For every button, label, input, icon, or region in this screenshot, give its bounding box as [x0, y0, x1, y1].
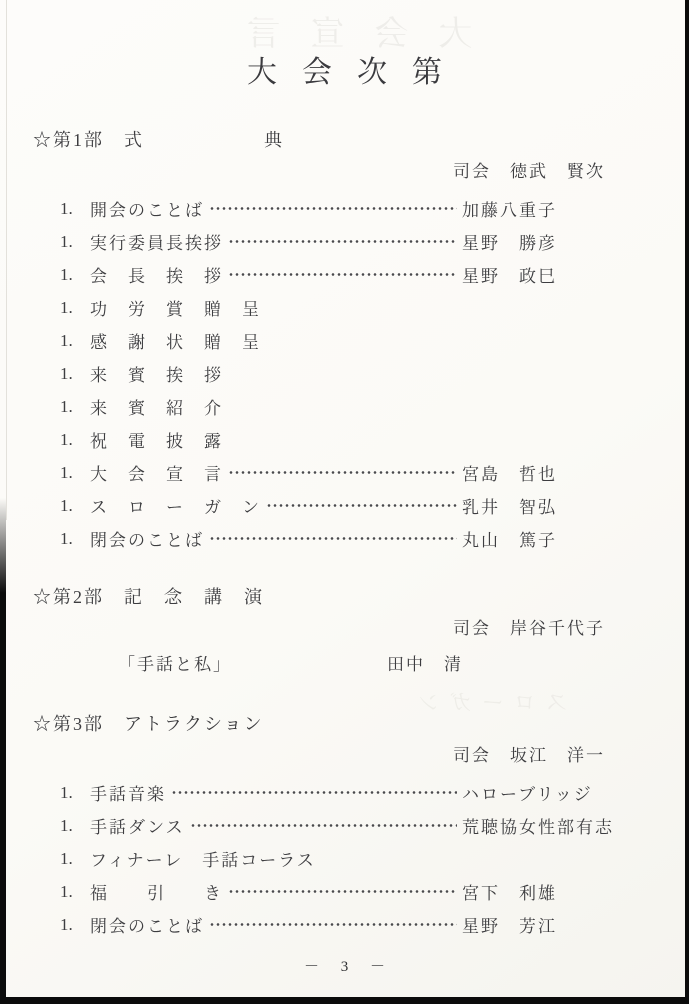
- item-number: 1.: [60, 298, 90, 318]
- item-list: 1.開会のことば加藤八重子1.実行委員長挨拶星野 勝彦1.会 長 挨 拶星野 政…: [0, 192, 689, 555]
- performer-name: 星野 勝彦: [462, 229, 628, 254]
- item-number: 1.: [60, 463, 90, 483]
- scanned-program-page: 大会宣言 スローガン 大会次第 ☆第1部 式 典司会 徳武 賢次1.開会のことば…: [0, 0, 689, 1004]
- performer-name: 荒聴協女性部有志: [462, 813, 628, 838]
- program-item-row: 1.来 賓 挨 拶: [0, 357, 689, 390]
- item-label: 祝 電 披 露: [90, 427, 223, 452]
- item-label: フィナーレ 手話コーラス: [90, 846, 316, 871]
- program-item-row: 1.手話音楽ハローブリッジ: [0, 776, 689, 809]
- program-item-row: 1.祝 電 披 露: [0, 423, 689, 456]
- program-item-row: 1.開会のことば加藤八重子: [0, 192, 689, 225]
- item-number: 1.: [60, 496, 90, 516]
- bleedthrough-text-top: 大会宣言: [0, 6, 689, 55]
- page-number: － 3 －: [0, 955, 689, 976]
- program-item-row: 1.大 会 宣 言宮島 哲也: [0, 456, 689, 489]
- dotted-leader: [171, 791, 457, 794]
- item-label: 感 謝 状 贈 呈: [90, 328, 261, 353]
- dotted-leader: [190, 824, 457, 827]
- program-item-row: 1.ス ロ ー ガ ン乳井 智弘: [0, 489, 689, 522]
- scan-edge-left: [0, 498, 6, 1004]
- program-item-row: 1.来 賓 紹 介: [0, 390, 689, 423]
- item-label: 大 会 宣 言: [90, 460, 223, 485]
- item-label: 来 賓 挨 拶: [90, 361, 223, 386]
- item-number: 1.: [60, 529, 90, 549]
- dotted-leader: [209, 923, 457, 926]
- item-label: 手話ダンス: [90, 813, 185, 838]
- lecture-line: 「手話と私」田中 清: [0, 652, 689, 678]
- item-number: 1.: [60, 915, 90, 935]
- item-label: 来 賓 紹 介: [90, 394, 223, 419]
- item-number: 1.: [60, 364, 90, 384]
- performer-name: 加藤八重子: [462, 196, 628, 221]
- lecture-speaker: 田中 清: [387, 655, 463, 674]
- item-number: 1.: [60, 849, 90, 869]
- performer-name: 丸山 篤子: [462, 526, 628, 551]
- dotted-leader: [266, 504, 457, 507]
- dotted-leader: [228, 890, 457, 893]
- dotted-leader: [228, 471, 457, 474]
- page-title: 大会次第: [0, 54, 689, 92]
- performer-name: 宮島 哲也: [462, 460, 628, 485]
- item-label: 福 引 き: [90, 879, 223, 904]
- performer-name: 宮下 利雄: [462, 879, 628, 904]
- item-number: 1.: [60, 430, 90, 450]
- scan-edge-right: [685, 0, 689, 1004]
- program-item-row: 1.手話ダンス荒聴協女性部有志: [0, 809, 689, 842]
- mc-line: 司会 坂江 洋一: [0, 744, 689, 768]
- item-number: 1.: [60, 331, 90, 351]
- item-label: ス ロ ー ガ ン: [90, 493, 261, 518]
- item-label: 手話音楽: [90, 780, 166, 805]
- item-label: 会 長 挨 拶: [90, 262, 223, 287]
- program-sections: ☆第1部 式 典司会 徳武 賢次1.開会のことば加藤八重子1.実行委員長挨拶星野…: [0, 128, 689, 941]
- item-number: 1.: [60, 882, 90, 902]
- item-label: 功 労 賞 贈 呈: [90, 295, 261, 320]
- program-item-row: 1.福 引 き宮下 利雄: [0, 875, 689, 908]
- program-item-row: 1.フィナーレ 手話コーラス: [0, 842, 689, 875]
- dotted-leader: [209, 537, 457, 540]
- program-item-row: 1.閉会のことば丸山 篤子: [0, 522, 689, 555]
- lecture-title: 「手話と私」: [118, 652, 387, 678]
- program-section: ☆第2部 記 念 講 演司会 岸谷千代子「手話と私」田中 清: [0, 585, 689, 678]
- item-label: 実行委員長挨拶: [90, 229, 223, 254]
- mc-line: 司会 岸谷千代子: [0, 617, 689, 641]
- program-item-row: 1.会 長 挨 拶星野 政巳: [0, 258, 689, 291]
- item-number: 1.: [60, 783, 90, 803]
- item-list: 1.手話音楽ハローブリッジ1.手話ダンス荒聴協女性部有志1.フィナーレ 手話コー…: [0, 776, 689, 941]
- scan-edge-bottom: [0, 997, 689, 1004]
- section-heading: ☆第2部 記 念 講 演: [0, 585, 689, 609]
- performer-name: 乳井 智弘: [462, 493, 628, 518]
- item-label: 開会のことば: [90, 196, 204, 221]
- program-section: ☆第3部 アトラクション司会 坂江 洋一1.手話音楽ハローブリッジ1.手話ダンス…: [0, 712, 689, 941]
- program-item-row: 1.実行委員長挨拶星野 勝彦: [0, 225, 689, 258]
- performer-name: 星野 政巳: [462, 262, 628, 287]
- item-number: 1.: [60, 199, 90, 219]
- item-label: 閉会のことば: [90, 526, 204, 551]
- program-item-row: 1.功 労 賞 贈 呈: [0, 291, 689, 324]
- program-section: ☆第1部 式 典司会 徳武 賢次1.開会のことば加藤八重子1.実行委員長挨拶星野…: [0, 128, 689, 555]
- item-label: 閉会のことば: [90, 912, 204, 937]
- program-item-row: 1.閉会のことば星野 芳江: [0, 908, 689, 941]
- item-number: 1.: [60, 397, 90, 417]
- item-number: 1.: [60, 232, 90, 252]
- section-heading: ☆第1部 式 典: [0, 128, 689, 152]
- dotted-leader: [228, 273, 457, 276]
- section-heading: ☆第3部 アトラクション: [0, 712, 689, 736]
- performer-name: 星野 芳江: [462, 912, 628, 937]
- dotted-leader: [209, 207, 457, 210]
- program-item-row: 1.感 謝 状 贈 呈: [0, 324, 689, 357]
- mc-line: 司会 徳武 賢次: [0, 160, 689, 184]
- dotted-leader: [228, 240, 457, 243]
- item-number: 1.: [60, 816, 90, 836]
- item-number: 1.: [60, 265, 90, 285]
- performer-name: ハローブリッジ: [462, 780, 628, 805]
